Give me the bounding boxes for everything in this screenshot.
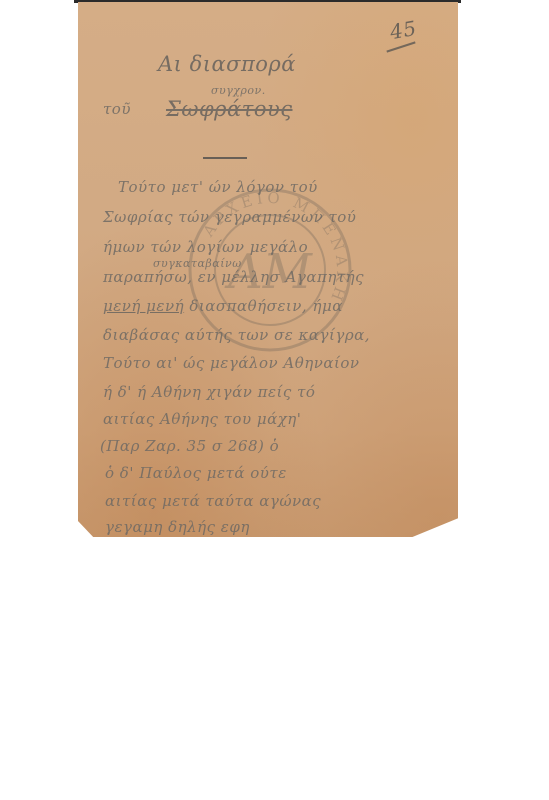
manuscript-line: Σωφρίας τών γεγραμμένων τού xyxy=(103,208,356,226)
title-line-2-prefix: τοῦ xyxy=(103,100,131,118)
inline-insertion: συγκαταβαίνω xyxy=(153,257,242,270)
title-insertion: συγχ­ρον. xyxy=(211,84,266,97)
manuscript-line: ήμων τών λογίων μεγάλο xyxy=(103,238,308,256)
manuscript-line: ή δ' ή Αθήνη χιγάν πείς τό xyxy=(103,383,315,401)
manuscript-line: γεγαμη δηλής εφη xyxy=(105,518,250,536)
manuscript-line: Τούτο μετ' ών λόγον τού xyxy=(118,178,318,196)
manuscript-line: διαβάσας αύτής των σε καγίγρα, xyxy=(103,326,370,344)
manuscript-line: αιτίας μετά ταύτα αγώνας xyxy=(105,492,321,510)
manuscript-line: Τούτο αι' ώς μεγάλον Αθηναίον xyxy=(103,354,360,372)
title-line-2-struck: Σωφράτους xyxy=(166,97,293,121)
manuscript-line: αιτίας Αθήνης του μάχη' xyxy=(103,410,301,428)
manuscript-line: ὁ δ' Παύλος μετά ούτε xyxy=(105,464,287,482)
title-line-1: Αι διασπορά xyxy=(158,52,296,76)
underlined-phrase: μενή μενή xyxy=(103,297,184,315)
section-divider xyxy=(203,157,247,159)
manuscript-line: (Παρ Ζαρ. 35 σ 268) ὁ xyxy=(100,437,279,455)
manuscript-line: παραπήσω, εν μέλλησ Αγαπητής xyxy=(103,268,364,286)
page-number: 45 xyxy=(388,16,418,44)
manuscript-line: μενή μενή διασπαθήσειν, ήμα xyxy=(103,297,343,315)
